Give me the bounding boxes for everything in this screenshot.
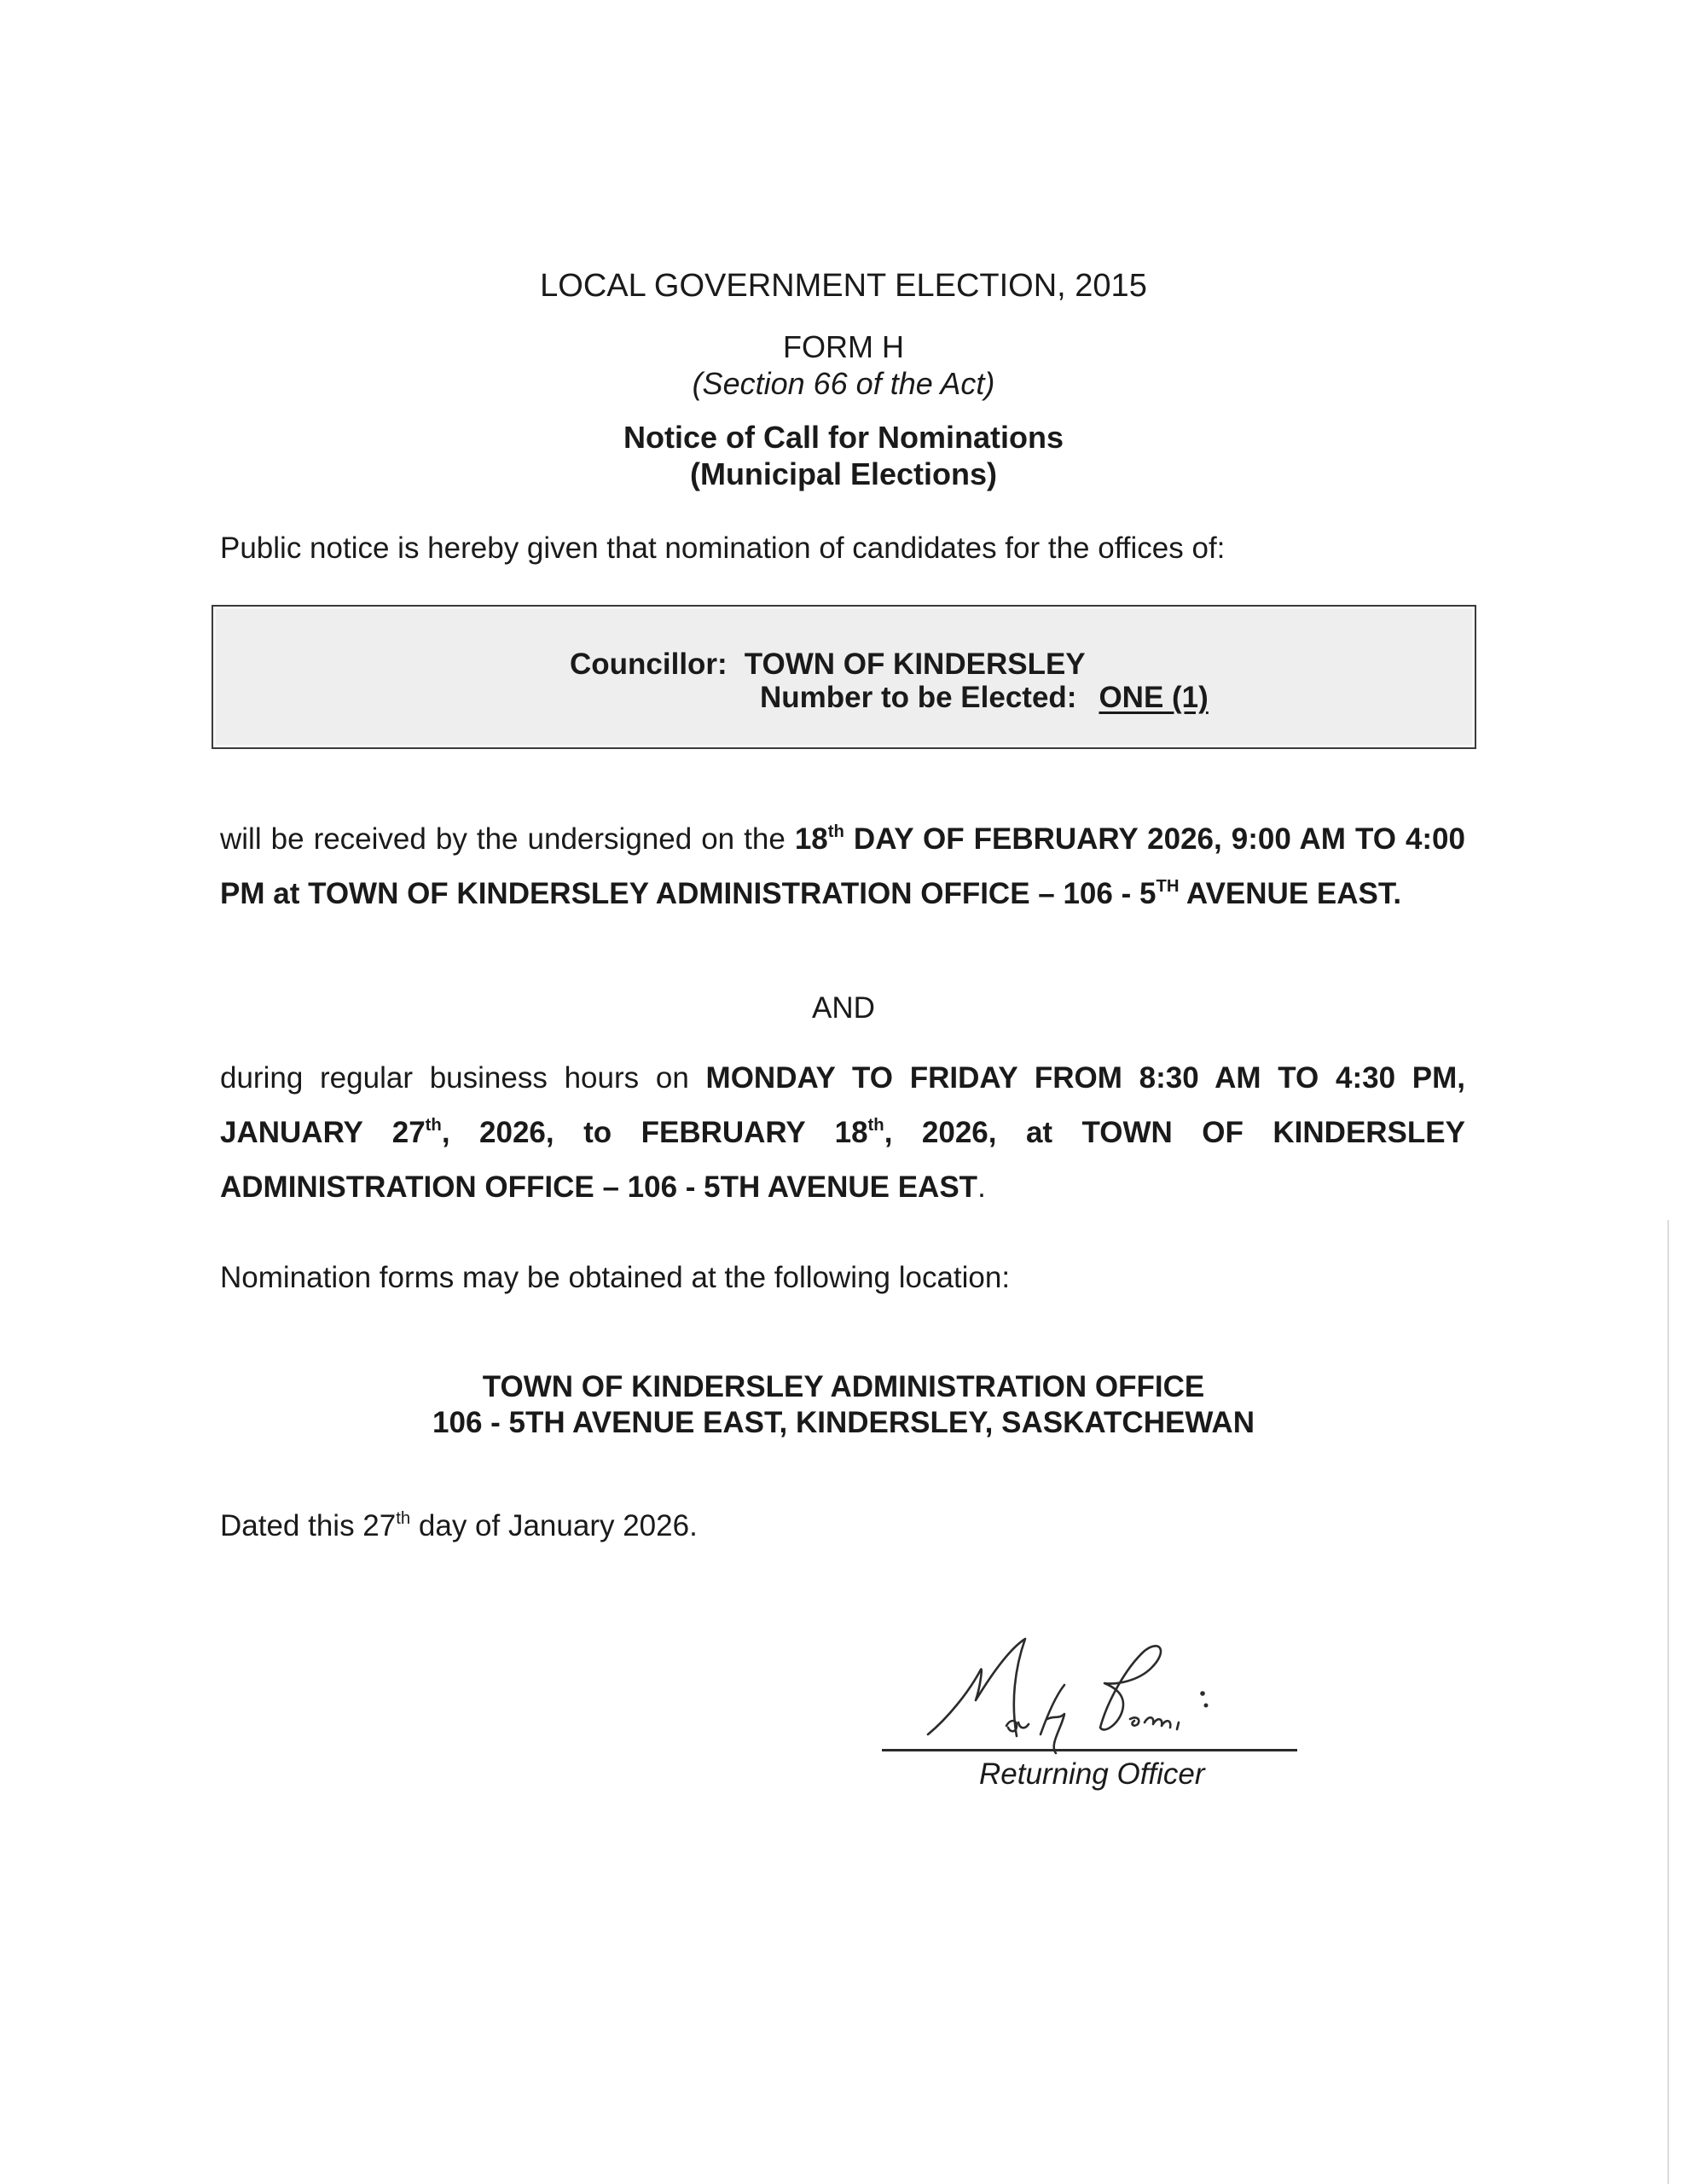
forms-location-intro: Nomination forms may be obtained at the … bbox=[220, 1263, 1010, 1292]
para1-lead: will be received by the undersigned on t… bbox=[220, 822, 795, 856]
number-label: Number to be Elected: bbox=[760, 681, 1076, 714]
nomination-day-paragraph: will be received by the undersigned on t… bbox=[220, 812, 1465, 921]
signature-icon bbox=[921, 1634, 1296, 1762]
para2-lead: during regular business hours on bbox=[220, 1061, 706, 1095]
office-label: Councillor: bbox=[570, 648, 728, 681]
election-title: LOCAL GOVERNMENT ELECTION, 2015 bbox=[0, 270, 1687, 302]
number-elected-line: Number to be Elected:ONE (1) bbox=[760, 682, 1209, 712]
dated-line: Dated this 27th day of January 2026. bbox=[220, 1511, 698, 1541]
form-name: FORM H bbox=[0, 332, 1687, 363]
scan-edge-artifact bbox=[1667, 1220, 1669, 2184]
signature-line bbox=[882, 1749, 1297, 1751]
returning-officer-label: Returning Officer bbox=[979, 1759, 1205, 1789]
para1-location: TOWN OF KINDERSLEY ADMINISTRATION OFFICE… bbox=[308, 877, 1401, 910]
office-line: Councillor:TOWN OF KINDERSLEY bbox=[570, 649, 1086, 679]
business-hours-paragraph: during regular business hours on MONDAY … bbox=[220, 1051, 1465, 1215]
intro-text: Public notice is hereby given that nomin… bbox=[220, 533, 1225, 563]
and-separator: AND bbox=[0, 993, 1687, 1023]
section-reference: (Section 66 of the Act) bbox=[0, 369, 1687, 399]
office-value: TOWN OF KINDERSLEY bbox=[745, 648, 1086, 681]
notice-subtitle: (Municipal Elections) bbox=[0, 459, 1687, 490]
number-value: ONE (1) bbox=[1099, 681, 1208, 714]
notice-title: Notice of Call for Nominations bbox=[0, 422, 1687, 453]
para2-tail: . bbox=[977, 1170, 986, 1204]
location-line-1: TOWN OF KINDERSLEY ADMINISTRATION OFFICE bbox=[0, 1372, 1687, 1402]
location-line-2: 106 - 5TH AVENUE EAST, KINDERSLEY, SASKA… bbox=[0, 1408, 1687, 1438]
para1-mid: at bbox=[265, 877, 309, 910]
